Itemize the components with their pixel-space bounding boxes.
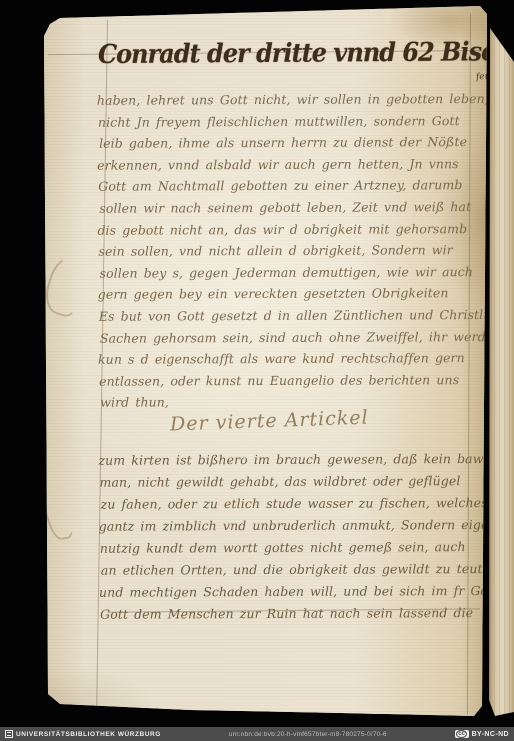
library-name: UNIVERSITÄTSBIBLIOTHEK WÜRZBURG [16,731,161,738]
library-branding: UNIVERSITÄTSBIBLIOTHEK WÜRZBURG [5,730,161,738]
footer-bar: UNIVERSITÄTSBIBLIOTHEK WÜRZBURG urn:nbn:… [0,727,514,741]
manuscript-line: Gott dem Menschen zur Ruin hat nach sein… [100,605,473,622]
manuscript-line: gantz im zimblich vnd unbruderlich anmuk… [99,517,497,534]
urn-identifier: urn:nbn:de:bvb:20-h-vmf657bter-m8-780275… [229,731,387,738]
manuscript-page: Conradt der dritte vnnd 62 Bischof fen h… [40,6,487,718]
manuscript-line: zum kirten ist bißhero im brauch gewesen… [98,451,497,468]
manuscript-line: nutzig kundt dem wortt gottes nicht geme… [100,539,466,556]
manuscript-line: und mechtigen Schaden haben will, und be… [99,583,489,600]
creative-commons-icon: cc [455,730,469,738]
license-label: BY-NC-ND [472,731,509,738]
manuscript-line: zu fahen, oder zu etlich stude wasser zu… [101,495,488,512]
book-fore-edge [489,0,514,718]
manuscript-text-block-2: zum kirten ist bißhero im brauch gewesen… [38,5,488,719]
manuscript-line: man, nicht gewildt gehabt, das wildbret … [99,473,460,490]
library-logo-icon [5,730,13,738]
manuscript-line: an etlichen Ortten, und die obrigkeit da… [101,561,489,578]
license-badge: cc BY-NC-ND [455,730,509,738]
scan-viewer: Conradt der dritte vnnd 62 Bischof fen h… [0,0,514,741]
